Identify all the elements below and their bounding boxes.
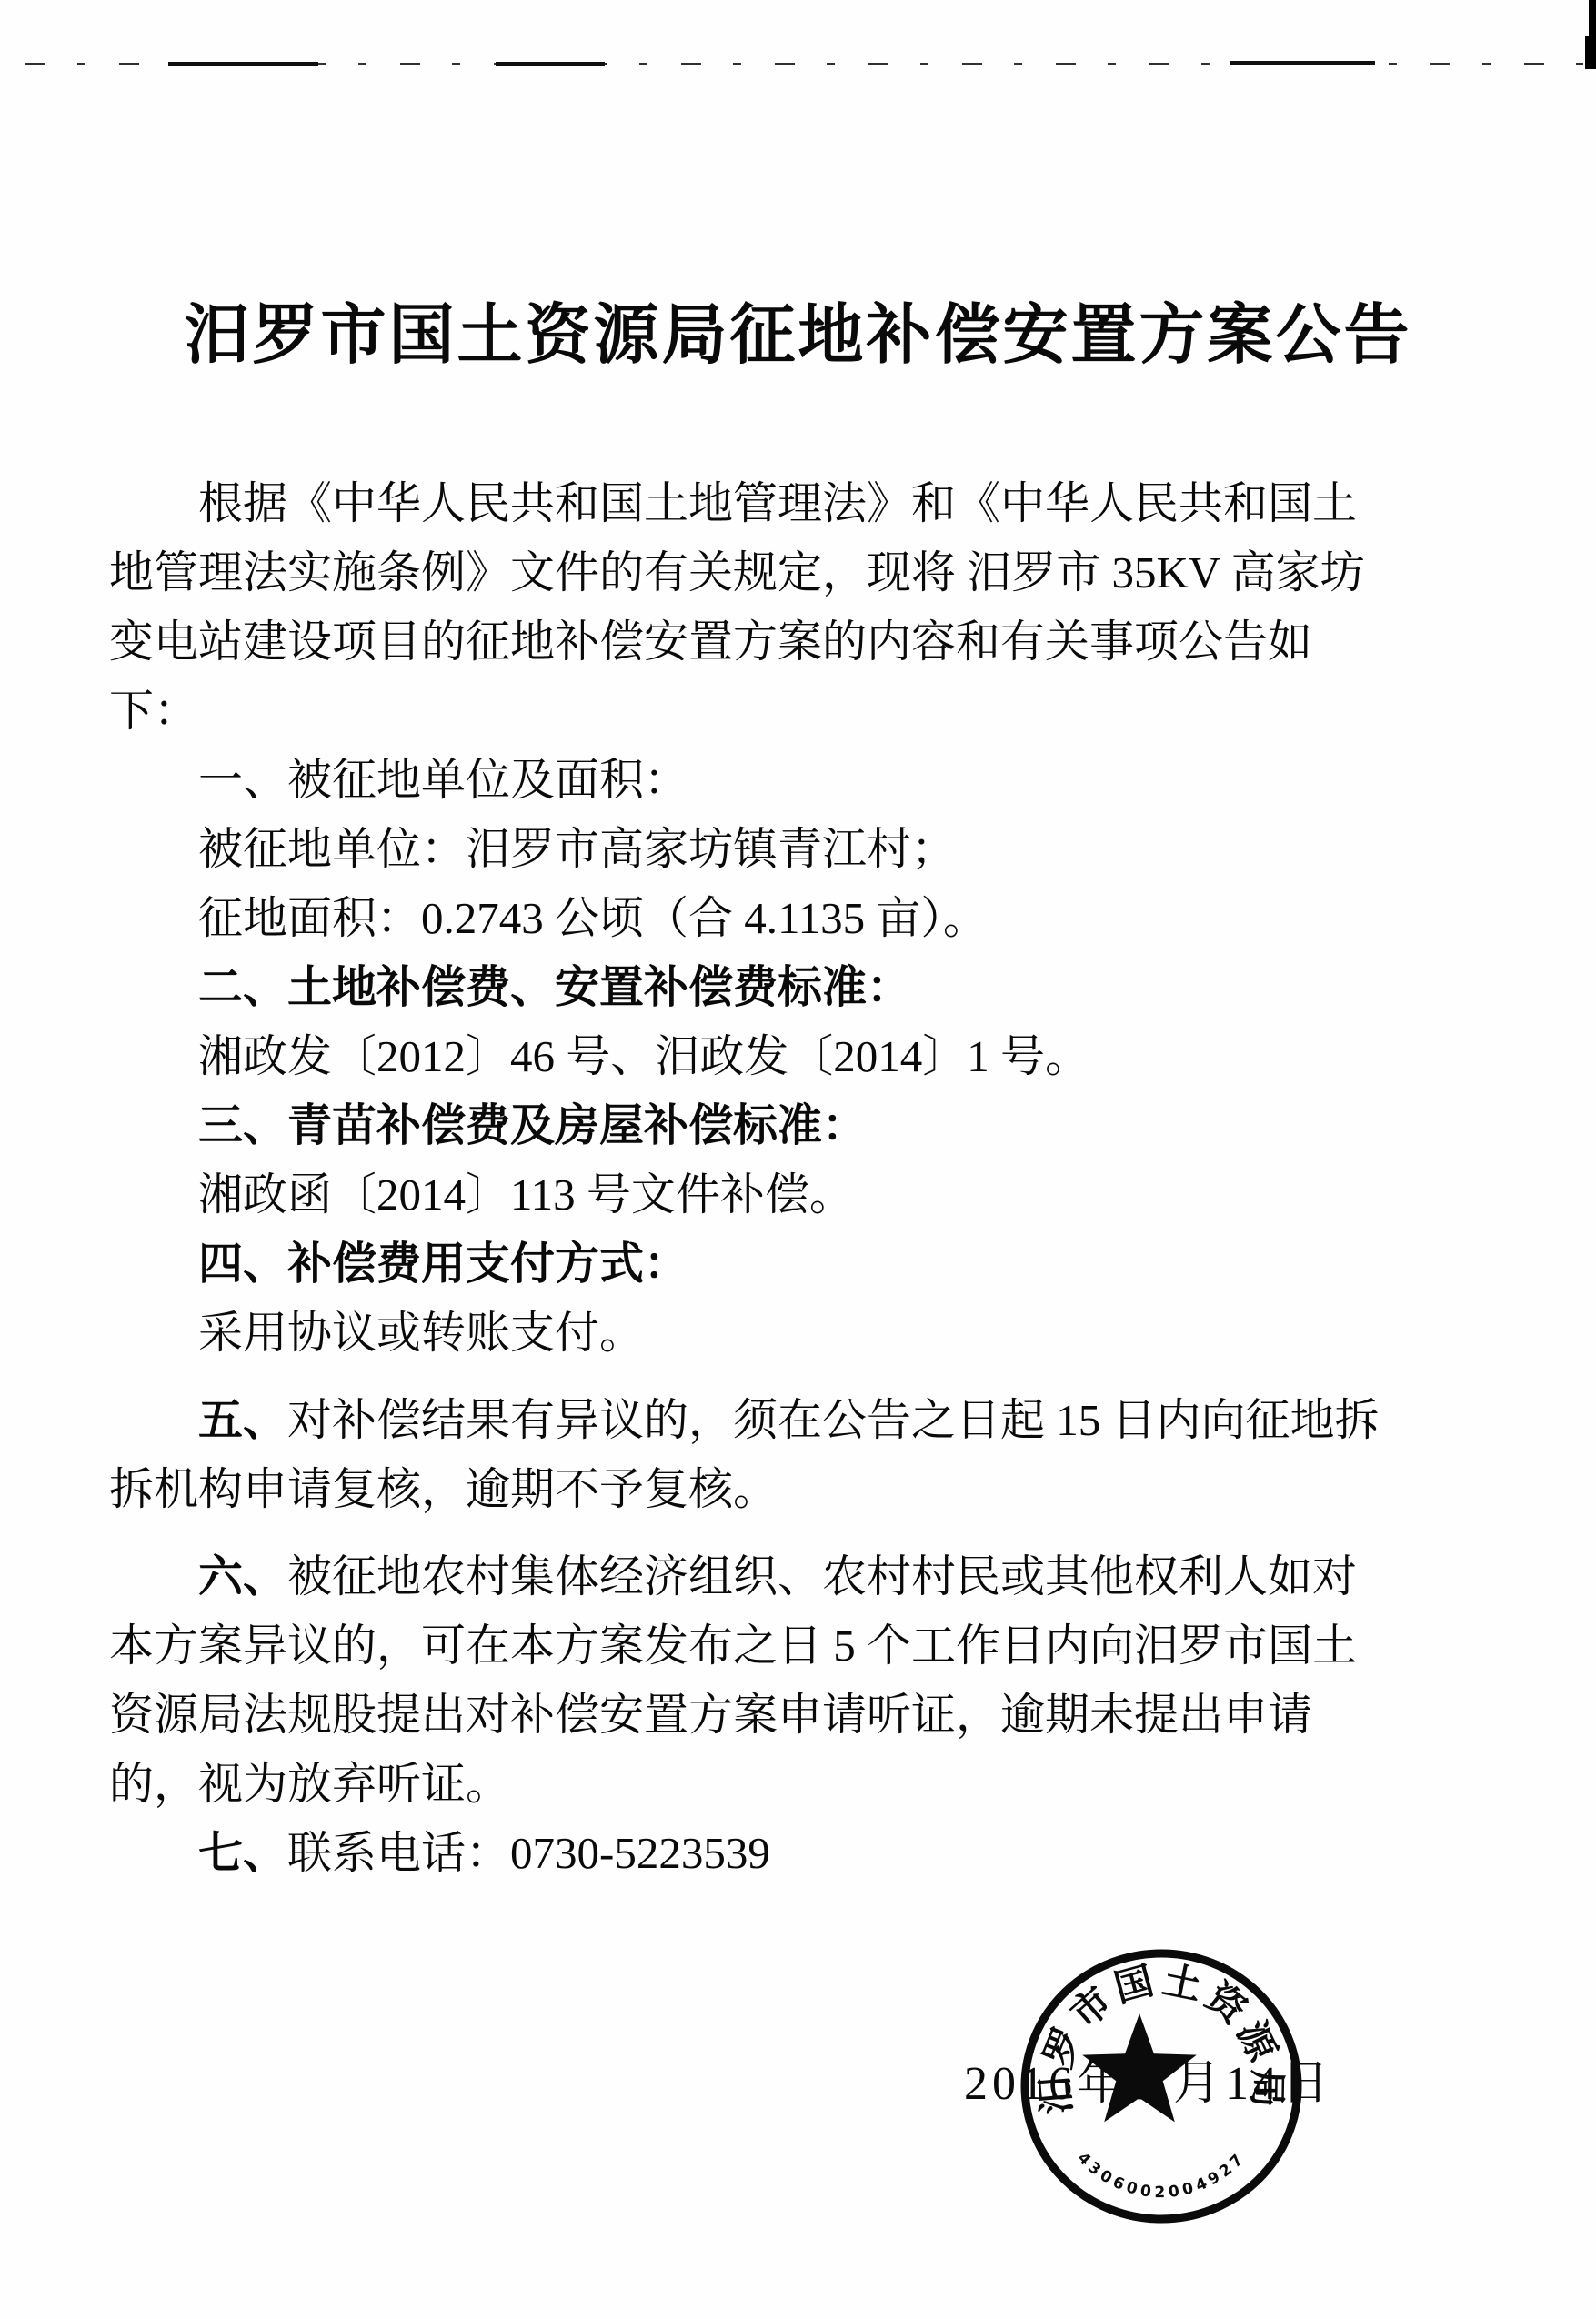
body-line: 的，视为放弃听证。 — [109, 1750, 1501, 1819]
body-line: 被征地单位：汨罗市高家坊镇青江村； — [109, 815, 1501, 884]
line-text: 被征地单位：汨罗市高家坊镇青江村； — [198, 824, 956, 874]
line-text: 对补偿结果有异议的，须在公告之日起 15 日内向征地拆 — [287, 1395, 1380, 1445]
scan-artifact-segment — [168, 62, 318, 66]
document-title: 汨罗市国土资源局征地补偿安置方案公告 — [0, 282, 1596, 376]
scanned-document-page: 汨罗市国土资源局征地补偿安置方案公告 根据《中华人民共和国土地管理法》和《中华人… — [0, 0, 1596, 2319]
section-5-line: 五、对补偿结果有异议的，须在公告之日起 15 日内向征地拆 — [109, 1386, 1501, 1455]
line-text: 湘政发〔2012〕46 号、汨政发〔2014〕1 号。 — [198, 1031, 1089, 1081]
section-4-heading: 四、补偿费用支付方式： — [109, 1230, 1501, 1299]
line-text: 本方案异议的，可在本方案发布之日 5 个工作日内向汨罗市国土 — [109, 1621, 1357, 1671]
line-text: 的，视为放弃听证。 — [109, 1759, 510, 1809]
line-text: 被征地农村集体经济组织、农村村民或其他权利人如对 — [287, 1551, 1357, 1601]
line-number-prefix: 五、 — [198, 1394, 287, 1446]
body-line: 地管理法实施条例》文件的有关规定，现将 汨罗市 35KV 高家坊 — [109, 538, 1501, 607]
body-line: 下： — [109, 677, 1501, 746]
scan-artifact-edge-bar — [1585, 36, 1596, 69]
seal-serial: 4306002004927 — [1074, 2149, 1250, 2202]
line-text: 地管理法实施条例》文件的有关规定，现将 汨罗市 35KV 高家坊 — [109, 547, 1365, 597]
body-line: 本方案异议的，可在本方案发布之日 5 个工作日内向汨罗市国土 — [109, 1611, 1501, 1681]
line-text: 资源局法规股提出对补偿安置方案申请听证，逾期未提出申请 — [109, 1690, 1312, 1740]
line-text: 根据《中华人民共和国土地管理法》和《中华人民共和国土 — [198, 478, 1357, 528]
line-text: 征地面积：0.2743 公顷（合 4.1135 亩）。 — [198, 893, 988, 943]
body-line: 湘政发〔2012〕46 号、汨政发〔2014〕1 号。 — [109, 1022, 1501, 1091]
section-1-heading: 一、被征地单位及面积： — [109, 746, 1501, 815]
scan-artifact-segment — [1230, 61, 1375, 65]
body-line: 湘政函〔2014〕113 号文件补偿。 — [109, 1160, 1501, 1230]
line-text: 采用协议或转账支付。 — [198, 1308, 644, 1358]
body-line: 变电站建设项目的征地补偿安置方案的内容和有关事项公告如 — [109, 607, 1501, 677]
line-text: 变电站建设项目的征地补偿安置方案的内容和有关事项公告如 — [109, 617, 1312, 667]
line-text: 拆机构申请复核，逾期不予复核。 — [109, 1464, 778, 1514]
scan-artifact-segment — [496, 62, 605, 66]
line-text: 下： — [109, 686, 198, 736]
body-line: 根据《中华人民共和国土地管理法》和《中华人民共和国土 — [109, 469, 1501, 538]
line-text: 一、被征地单位及面积： — [198, 755, 688, 805]
line-number-prefix: 二、土地补偿费、安置补偿费标准： — [198, 961, 911, 1013]
line-number-prefix: 七、 — [198, 1827, 287, 1879]
body-line: 采用协议或转账支付。 — [109, 1299, 1501, 1368]
line-text: 联系电话：0730-5223539 — [287, 1828, 770, 1878]
line-number-prefix: 四、补偿费用支付方式： — [198, 1238, 688, 1290]
section-7-line: 七、联系电话：0730-5223539 — [109, 1819, 1501, 1888]
section-3-heading: 三、青苗补偿费及房屋补偿标准： — [109, 1091, 1501, 1160]
seal-star-icon — [1082, 2013, 1197, 2122]
body-line: 资源局法规股提出对补偿安置方案申请听证，逾期未提出申请 — [109, 1681, 1501, 1750]
line-text: 湘政函〔2014〕113 号文件补偿。 — [198, 1170, 854, 1220]
body-line: 拆机构申请复核，逾期不予复核。 — [109, 1455, 1501, 1524]
line-number-prefix: 六、 — [198, 1551, 287, 1602]
document-body: 根据《中华人民共和国土地管理法》和《中华人民共和国土 地管理法实施条例》文件的有… — [109, 469, 1501, 1888]
section-2-heading: 二、土地补偿费、安置补偿费标准： — [109, 953, 1501, 1022]
section-6-line: 六、被征地农村集体经济组织、农村村民或其他权利人如对 — [109, 1542, 1501, 1611]
body-line: 征地面积：0.2743 公顷（合 4.1135 亩）。 — [109, 884, 1501, 953]
line-number-prefix: 三、青苗补偿费及房屋补偿标准： — [198, 1099, 867, 1151]
seal-graphic: 汨罗市国土资源局 4306002004927 — [1011, 1948, 1311, 2239]
official-seal-stamp: 汨罗市国土资源局 4306002004927 — [1011, 1948, 1311, 2239]
